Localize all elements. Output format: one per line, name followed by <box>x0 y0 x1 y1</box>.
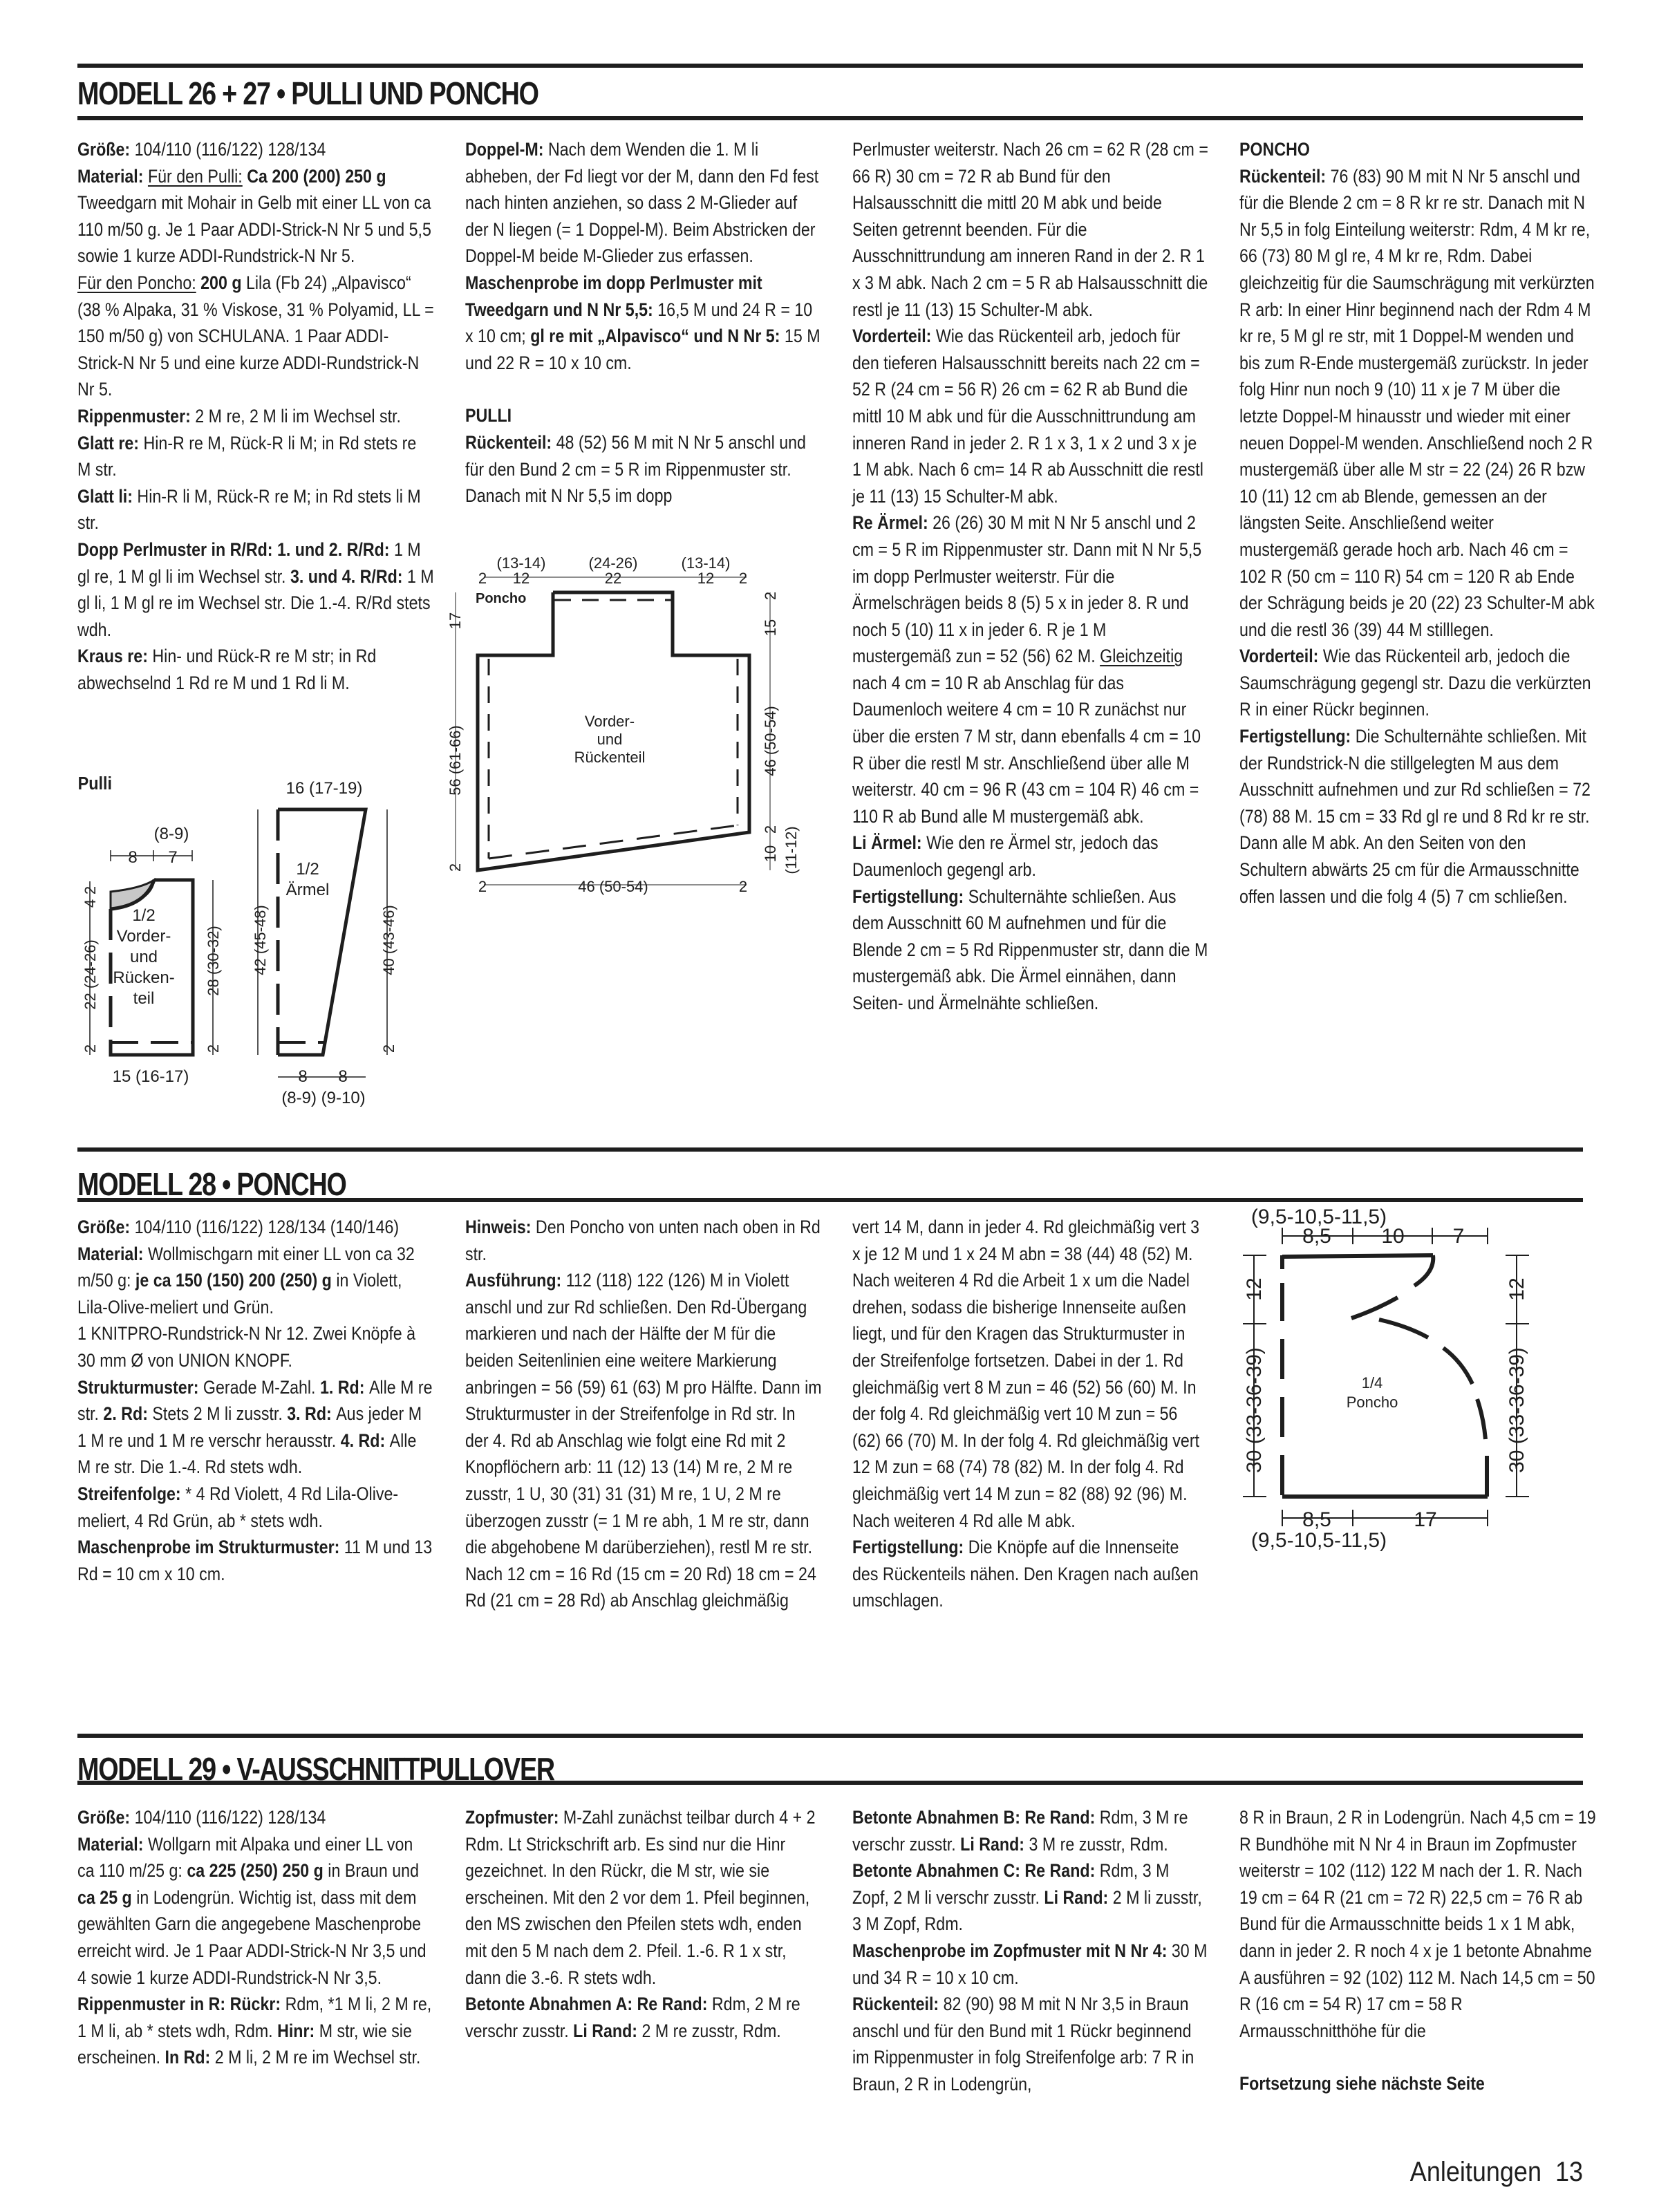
paragraph: Strukturmuster: Gerade M-Zahl. 1. Rd: Al… <box>77 1374 434 1481</box>
dim-label: 17 <box>1414 1508 1436 1531</box>
paragraph: Rippenmuster in R: Rückr: Rdm, *1 M li, … <box>77 1991 434 2071</box>
bold-label: 2. Rd: <box>103 1403 152 1424</box>
dim-label: 2 <box>478 570 487 587</box>
text-column: Zopfmuster: M-Zahl zunächst teilbar durc… <box>465 1804 822 2044</box>
bold-label: Rückenteil: <box>1239 166 1331 187</box>
dim-label: 42 (45-48) <box>252 905 269 975</box>
paragraph: Für den Poncho: 200 g Lila (Fb 24) „Alpa… <box>77 270 434 403</box>
paragraph: Glatt re: Hin-R re M, Rück-R li M; in Rd… <box>77 430 434 483</box>
paragraph: Größe: 104/110 (116/122) 128/134 <box>77 1804 434 1831</box>
bold-label: 3. und 4. R/Rd: <box>290 566 407 587</box>
bold-label: 1. Rd: <box>320 1377 369 1398</box>
dim-label: (8-9) <box>154 825 189 843</box>
bold-label: Strukturmuster: <box>77 1377 203 1398</box>
bold-label: Re Ärmel: <box>852 512 932 533</box>
text-run: Stets 2 M li zusstr. <box>152 1403 287 1424</box>
section-rule-top <box>77 64 1583 68</box>
section-title-modell-28: MODELL 28 • PONCHO <box>77 1168 346 1200</box>
quarter-poncho-schematic-diagram: (9,5-10,5-11,5) 8,5 10 7 8,5 17 (9,5-10,… <box>1230 1203 1590 1700</box>
bold-label: Maschenprobe im Strukturmuster: <box>77 1537 344 1557</box>
paragraph: Maschenprobe im Zopfmuster mit N Nr 4: 3… <box>852 1938 1209 1991</box>
bold-label: Ca 200 (200) 250 g <box>243 166 386 187</box>
dim-label: 22 (24-26) <box>82 939 99 1010</box>
text-run: 3 M re zusstr, Rdm. <box>1029 1834 1168 1855</box>
bold-label: 200 g <box>196 272 242 293</box>
spacer <box>1239 2044 1596 2070</box>
bold-label: Größe: <box>77 139 135 160</box>
bold-label: Fortsetzung siehe nächste Seite <box>1239 2073 1485 2094</box>
text-column: vert 14 M, dann in jeder 4. Rd gleichmäß… <box>852 1214 1209 1614</box>
paragraph: Rückenteil: 48 (52) 56 M mit N Nr 5 ansc… <box>465 429 822 509</box>
bold-label: Rückenteil: <box>465 432 556 453</box>
text-run: Für den Poncho: <box>77 272 196 293</box>
text-run: 76 (83) 90 M mit N Nr 5 anschl und für d… <box>1239 166 1595 640</box>
bold-label: Betonte Abnahmen C: Re Rand: <box>852 1860 1100 1881</box>
paragraph: Glatt li: Hin-R li M, Rück-R re M; in Rd… <box>77 483 434 536</box>
bold-label: Größe: <box>77 1807 135 1828</box>
paragraph: PULLI <box>465 402 822 429</box>
bold-label: PONCHO <box>1239 139 1310 160</box>
dim-label: 2 <box>82 886 99 894</box>
text-run: Gleichzeitig <box>1100 646 1183 666</box>
text-column: Größe: 104/110 (116/122) 128/134Material… <box>77 1804 434 2071</box>
body-label: Vorder- <box>117 927 171 946</box>
paragraph: Dopp Perlmuster in R/Rd: 1. und 2. R/Rd:… <box>77 536 434 643</box>
paragraph: Vorderteil: Wie das Rückenteil arb, jedo… <box>1239 643 1596 723</box>
section-rule-top <box>77 1147 1583 1152</box>
dim-label: 2 <box>380 1044 397 1053</box>
bold-label: Rippenmuster in R: Rückr: <box>77 1994 285 2014</box>
paragraph: 8 R in Braun, 2 R in Lodengrün. Nach 4,5… <box>1239 1804 1596 2044</box>
paragraph: Maschenprobe im Strukturmuster: 11 M und… <box>77 1534 434 1587</box>
bold-label: Glatt re: <box>77 433 143 453</box>
bold-label: Li Rand: <box>1044 1887 1112 1908</box>
section-rule-top <box>77 1734 1583 1738</box>
dim-label: 2 <box>478 878 487 895</box>
paragraph: vert 14 M, dann in jeder 4. Rd gleichmäß… <box>852 1214 1209 1534</box>
paragraph: Li Ärmel: Wie den re Ärmel str, jedoch d… <box>852 829 1209 883</box>
bold-label: Fertigstellung: <box>852 1537 968 1557</box>
bold-label: Li Rand: <box>960 1834 1029 1855</box>
paragraph: Perlmuster weiterstr. Nach 26 cm = 62 R … <box>852 136 1209 323</box>
dim-label: (9,5-10,5-11,5) <box>1251 1529 1387 1552</box>
paragraph: 1 KNITPRO-Rundstrick-N Nr 12. Zwei Knöpf… <box>77 1320 434 1374</box>
paragraph: Größe: 104/110 (116/122) 128/134 <box>77 136 434 163</box>
text-column: PONCHORückenteil: 76 (83) 90 M mit N Nr … <box>1239 136 1596 910</box>
dim-label: 7 <box>168 848 177 867</box>
sleeve-label: Ärmel <box>286 881 330 899</box>
dim-label: 2 <box>739 570 747 587</box>
dim-label: 16 (17-19) <box>286 779 363 798</box>
bold-label: Rippenmuster: <box>77 406 195 427</box>
text-run: Für den Pulli: <box>148 166 243 187</box>
text-run: nach 4 cm = 10 R ab Anschlag für das Dau… <box>852 673 1201 827</box>
page-number: 13 <box>1555 2157 1583 2187</box>
paragraph: Fertigstellung: Die Schulternähte schlie… <box>1239 723 1596 910</box>
bold-label: Betonte Abnahmen A: Re Rand: <box>465 1994 712 2014</box>
text-run: vert 14 M, dann in jeder 4. Rd gleichmäß… <box>852 1217 1199 1531</box>
text-run: 104/110 (116/122) 128/134 <box>135 139 326 160</box>
poncho-diagram-title: Poncho <box>476 591 526 606</box>
paragraph: Größe: 104/110 (116/122) 128/134 (140/14… <box>77 1214 434 1241</box>
bold-label: Hinr: <box>277 2021 319 2041</box>
text-column: Doppel-M: Nach dem Wenden die 1. M li ab… <box>465 136 822 509</box>
paragraph: Betonte Abnahmen A: Re Rand: Rdm, 2 M re… <box>465 1991 822 2044</box>
bold-label: Vorderteil: <box>1239 646 1323 666</box>
paragraph: Material: Wollgarn mit Alpaka und einer … <box>77 1831 434 1991</box>
bold-label: Rückenteil: <box>852 1994 944 2014</box>
text-run: 104/110 (116/122) 128/134 <box>135 1807 326 1828</box>
text-column: Größe: 104/110 (116/122) 128/134 (140/14… <box>77 1214 434 1587</box>
poncho-piece-label: Rückenteil <box>574 749 646 766</box>
bold-label: gl re mit „Alpavisco“ und N Nr 5: <box>530 326 785 346</box>
bold-label: In Rd: <box>165 2047 215 2068</box>
body-label: teil <box>133 989 155 1008</box>
paragraph: Material: Wollmischgarn mit einer LL von… <box>77 1241 434 1321</box>
section-rule-bottom <box>77 1198 1583 1202</box>
text-run: Tweedgarn mit Mohair in Gelb mit einer L… <box>77 192 431 266</box>
text-run: Die Schulternähte schließen. Mit der Run… <box>1239 726 1591 907</box>
bold-label: Fertigstellung: <box>852 886 968 907</box>
paragraph: Vorderteil: Wie das Rückenteil arb, jedo… <box>852 323 1209 509</box>
section-rule-bottom <box>77 116 1583 120</box>
paragraph: Material: Für den Pulli: Ca 200 (200) 25… <box>77 163 434 270</box>
bold-label: ca 25 g <box>77 1887 132 1908</box>
bold-label: Glatt li: <box>77 486 137 507</box>
dim-label: (11-12) <box>782 826 800 874</box>
pulli-schematic-diagram: Pulli 1/2 Vorder- und Rücken- teil (8-9)… <box>69 767 456 1127</box>
bold-label: je ca 150 (150) 200 (250) g <box>135 1270 332 1291</box>
paragraph: PONCHO <box>1239 136 1596 163</box>
dim-label: 12 <box>513 570 529 587</box>
text-run: 104/110 (116/122) 128/134 (140/146) <box>135 1217 400 1237</box>
text-run: 26 (26) 30 M mit N Nr 5 anschl und 2 cm … <box>852 512 1201 666</box>
paragraph: Zopfmuster: M-Zahl zunächst teilbar durc… <box>465 1804 822 1991</box>
bold-label: PULLI <box>465 405 512 426</box>
bold-label: Kraus re: <box>77 646 152 666</box>
paragraph: Rippenmuster: 2 M re, 2 M li im Wechsel … <box>77 403 434 430</box>
paragraph: Betonte Abnahmen C: Re Rand: Rdm, 3 M Zo… <box>852 1857 1209 1938</box>
pulli-diagram-title: Pulli <box>78 774 112 794</box>
bold-label: Li Rand: <box>573 2021 641 2041</box>
dim-label: 4 <box>82 899 99 908</box>
sleeve-label: 1/2 <box>296 860 319 879</box>
text-run: 1 KNITPRO-Rundstrick-N Nr 12. Zwei Knöpf… <box>77 1323 415 1371</box>
body-label: 1/2 <box>132 906 155 925</box>
paragraph: Fertigstellung: Die Knöpfe auf die Innen… <box>852 1534 1209 1614</box>
bold-label: 3. Rd: <box>287 1403 336 1424</box>
body-label: und <box>130 948 158 966</box>
section-rule-bottom <box>77 1781 1583 1785</box>
quarter-poncho-label: 1/4 <box>1362 1374 1383 1391</box>
text-run: 2 M re zusstr, Rdm. <box>641 2021 780 2041</box>
page-footer: Anleitungen 13 <box>1410 2157 1583 2188</box>
bold-label: Streifenfolge: <box>77 1483 185 1504</box>
text-column: 8 R in Braun, 2 R in Lodengrün. Nach 4,5… <box>1239 1804 1596 2097</box>
text-run: 2 M li, 2 M re im Wechsel str. <box>215 2047 421 2068</box>
poncho-piece-label: Vorder- <box>585 713 635 730</box>
dim-label: 46 (50-54) <box>578 878 648 895</box>
paragraph: Re Ärmel: 26 (26) 30 M mit N Nr 5 anschl… <box>852 509 1209 829</box>
text-column: Größe: 104/110 (116/122) 128/134Material… <box>77 136 434 696</box>
paragraph: Maschenprobe im dopp Perlmuster mit Twee… <box>465 270 822 376</box>
poncho-schematic-diagram: (13-14) (24-26) (13-14) 2 12 22 12 2 Vor… <box>442 546 829 933</box>
text-run: 112 (118) 122 (126) M in Violett anschl … <box>465 1270 822 1611</box>
bold-label: Größe: <box>77 1217 135 1237</box>
bold-label: Ausführung: <box>465 1270 566 1291</box>
bold-label: Li Ärmel: <box>852 832 926 853</box>
text-column: Hinweis: Den Poncho von unten nach oben … <box>465 1214 822 1614</box>
bold-label: Betonte Abnahmen B: Re Rand: <box>852 1807 1100 1828</box>
paragraph: Doppel-M: Nach dem Wenden die 1. M li ab… <box>465 136 822 270</box>
spacer <box>465 376 822 402</box>
paragraph: Kraus re: Hin- und Rück-R re M str; in R… <box>77 643 434 696</box>
bold-label: Zopfmuster: <box>465 1807 563 1828</box>
bold-label: ca 225 (250) 250 g <box>187 1860 324 1881</box>
paragraph: Hinweis: Den Poncho von unten nach oben … <box>465 1214 822 1267</box>
paragraph: Streifenfolge: * 4 Rd Violett, 4 Rd Lila… <box>77 1481 434 1534</box>
dim-label: (8-9) (9-10) <box>281 1089 365 1107</box>
dim-label: 15 (16-17) <box>113 1067 189 1086</box>
text-run: Wie das Rückenteil arb, jedoch für den t… <box>852 326 1203 507</box>
dim-label: 8,5 <box>1302 1508 1331 1531</box>
bold-label: Material: <box>77 1244 148 1264</box>
bold-label: Fertigstellung: <box>1239 726 1356 747</box>
text-run: Gerade M-Zahl. <box>203 1377 320 1398</box>
bold-label: Maschenprobe im Zopfmuster mit N Nr 4: <box>852 1940 1172 1961</box>
paragraph: Fortsetzung siehe nächste Seite <box>1239 2070 1596 2097</box>
bold-label: Material: <box>77 1834 148 1855</box>
paragraph: Rückenteil: 76 (83) 90 M mit N Nr 5 ansc… <box>1239 163 1596 644</box>
paragraph: Ausführung: 112 (118) 122 (126) M in Vio… <box>465 1267 822 1614</box>
dim-label: 8 <box>128 848 137 867</box>
paragraph: Betonte Abnahmen B: Re Rand: Rdm, 3 M re… <box>852 1804 1209 1857</box>
dim-label: 2 <box>82 1044 99 1053</box>
text-run: in Braun und <box>324 1860 419 1881</box>
dim-label: 40 (43-46) <box>380 905 397 975</box>
bold-label: Doppel-M: <box>465 139 548 160</box>
poncho-piece-label: und <box>597 731 623 748</box>
bold-label: Vorderteil: <box>852 326 936 346</box>
section-title-modell-26-27: MODELL 26 + 27 • PULLI UND PONCHO <box>77 77 538 109</box>
text-run: 2 M re, 2 M li im Wechsel str. <box>195 406 401 427</box>
text-run: Perlmuster weiterstr. Nach 26 cm = 62 R … <box>852 139 1208 320</box>
text-run: M-Zahl zunächst teilbar durch 4 + 2 Rdm.… <box>465 1807 816 1988</box>
paragraph: Fertigstellung: Schulternähte schließen.… <box>852 883 1209 1017</box>
quarter-poncho-label: Poncho <box>1347 1394 1398 1411</box>
dim-label: 2 <box>739 878 747 895</box>
text-column: Betonte Abnahmen B: Re Rand: Rdm, 3 M re… <box>852 1804 1209 2098</box>
body-label: Rücken- <box>113 968 174 987</box>
text-column: Perlmuster weiterstr. Nach 26 cm = 62 R … <box>852 136 1209 1017</box>
text-run: 8 R in Braun, 2 R in Lodengrün. Nach 4,5… <box>1239 1807 1596 2041</box>
bold-label: 4. Rd: <box>341 1430 390 1451</box>
footer-label: Anleitungen <box>1410 2157 1541 2187</box>
dim-label: 22 <box>605 570 621 587</box>
bold-label: Material: <box>77 166 148 187</box>
bold-label: Dopp Perlmuster in R/Rd: 1. und 2. R/Rd: <box>77 539 394 560</box>
dim-label: 12 <box>697 570 714 587</box>
bold-label: Hinweis: <box>465 1217 536 1237</box>
paragraph: Rückenteil: 82 (90) 98 M mit N Nr 3,5 in… <box>852 1991 1209 2097</box>
